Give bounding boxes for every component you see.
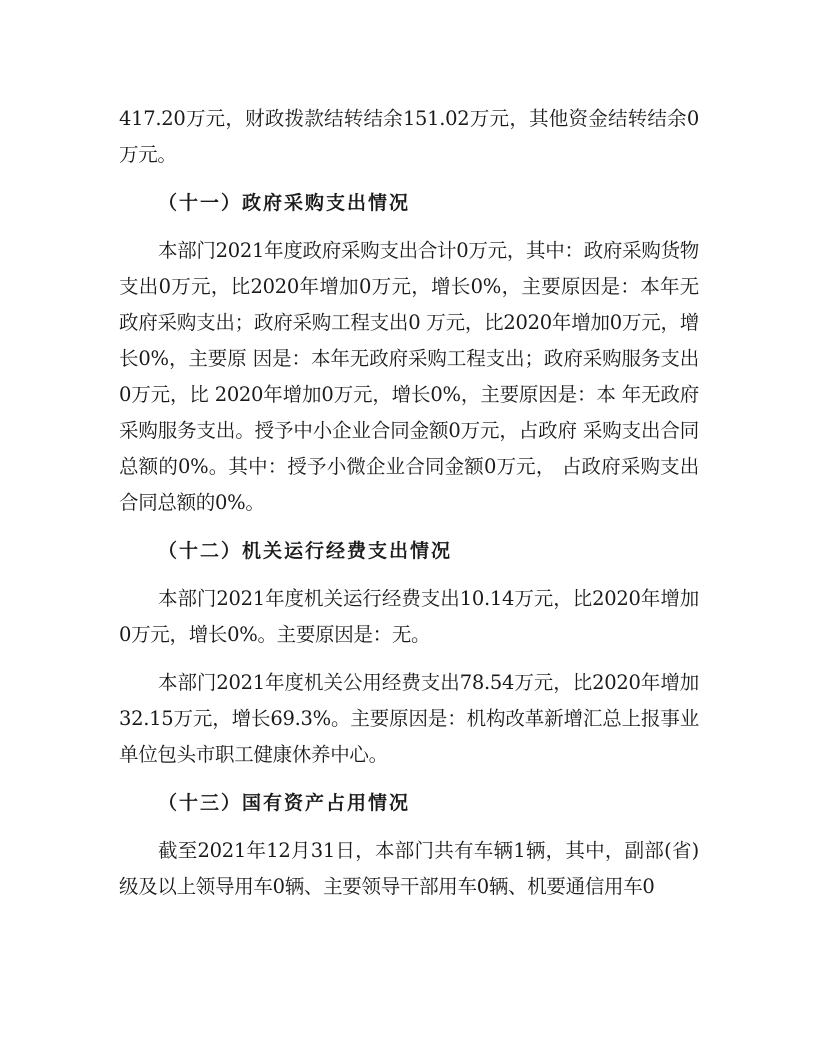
paragraph-operating-expenses: 本部门2021年度机关运行经费支出10.14万元，比2020年增加0万元，增长0… xyxy=(119,581,699,653)
heading-operating-expenses: （十二）机关运行经费支出情况 xyxy=(119,533,699,569)
paragraph-procurement-details: 本部门2021年度政府采购支出合计0万元，其中：政府采购货物支出0万元，比202… xyxy=(119,233,699,521)
heading-government-procurement: （十一）政府采购支出情况 xyxy=(119,185,699,221)
heading-state-assets: （十三）国有资产占用情况 xyxy=(119,785,699,821)
paragraph-fund-balance-continuation: 417.20万元，财政拨款结转结余151.02万元，其他资金结转结余0万元。 xyxy=(119,101,699,173)
document-body: 417.20万元，财政拨款结转结余151.02万元，其他资金结转结余0万元。 （… xyxy=(119,101,699,917)
paragraph-public-expenses: 本部门2021年度机关公用经费支出78.54万元，比2020年增加32.15万元… xyxy=(119,665,699,773)
paragraph-vehicles: 截至2021年12月31日，本部门共有车辆1辆，其中，副部(省)级及以上领导用车… xyxy=(119,833,699,905)
document-page: 417.20万元，财政拨款结转结余151.02万元，其他资金结转结余0万元。 （… xyxy=(0,0,816,1056)
